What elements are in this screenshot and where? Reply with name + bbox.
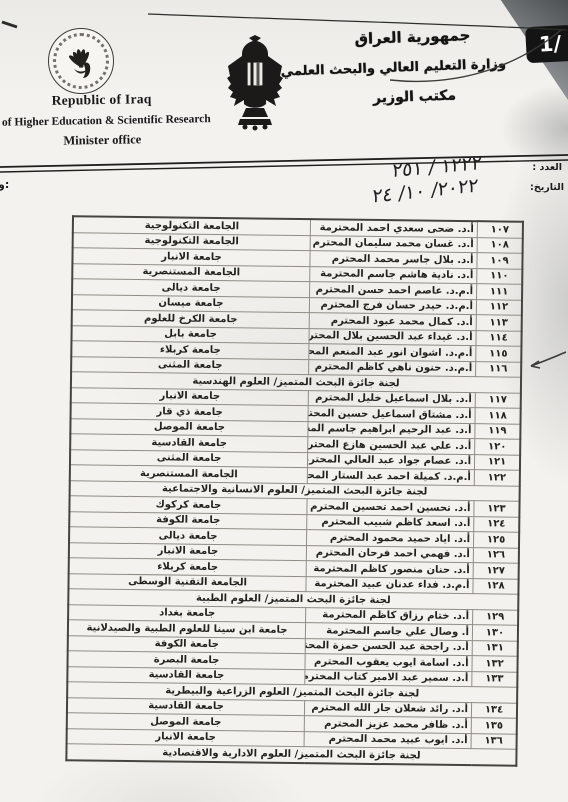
cell-number: ١٢٧ <box>473 563 519 579</box>
cell-number: ١١٨ <box>475 408 521 424</box>
edge-mark-icon <box>2 22 17 27</box>
country-name-ar: جمهورية العراق <box>320 25 506 49</box>
cell-number: ١٢٨ <box>473 578 519 594</box>
cell-number: ١١٠ <box>477 268 523 284</box>
cell-number: ١٣٢ <box>472 656 518 672</box>
english-header-block: Republic of Iraq y of Higher Education &… <box>0 90 212 150</box>
cell-number: ١٢٢ <box>474 470 520 486</box>
award-table-wrap: ١٠٧أ.د. ضحى سعدي احمد المحترمةالجامعة ال… <box>65 215 524 766</box>
header-rule-top <box>0 155 568 167</box>
cell-number: ١٣١ <box>472 640 518 656</box>
ref-date-label: التاريخ: <box>530 182 564 193</box>
seal-center-art <box>59 39 103 83</box>
left-margin-fragment: و: <box>0 178 9 191</box>
iraq-eagle-emblem-icon <box>222 32 288 140</box>
cell-number: ١٣٣ <box>472 671 518 687</box>
handdrawn-arrow-icon <box>531 352 566 368</box>
scanned-document-page: { "page": { "kind": "scanned official le… <box>0 0 568 802</box>
ref-date-handwritten: ٢٠٢٢/ ١٠/ ٢٤ <box>372 174 479 207</box>
cell-number: ١٠٧ <box>477 221 523 238</box>
cell-number: ١١٥ <box>476 346 522 362</box>
cell-number: ١١٩ <box>475 423 521 439</box>
cell-number: ١١٧ <box>475 392 521 408</box>
cell-number: ١٢٤ <box>474 516 520 532</box>
cell-number: ١٢٠ <box>475 439 521 455</box>
cell-number: ١٢٥ <box>473 532 519 548</box>
office-name-en: Minister office <box>0 131 212 150</box>
ministry-name-en: y of Higher Education & Scientific Resea… <box>0 113 212 129</box>
header-rule-bottom <box>0 160 568 172</box>
cell-number: ١٣٦ <box>471 733 517 749</box>
ministry-name-ar: وزارة التعليم العالي والبحث العلمي <box>321 57 506 78</box>
cell-number: ١٠٩ <box>477 253 523 269</box>
award-table: ١٠٧أ.د. ضحى سعدي احمد المحترمةالجامعة ال… <box>65 215 524 766</box>
cell-number: ١١٦ <box>476 361 522 377</box>
cell-number: ١٢٩ <box>473 609 519 625</box>
award-table-body: ١٠٧أ.د. ضحى سعدي احمد المحترمةالجامعة ال… <box>66 216 523 765</box>
ministry-seal-icon <box>48 28 114 94</box>
cell-number: ١٢٣ <box>474 501 520 517</box>
cell-number: ١١١ <box>477 284 523 300</box>
ref-number-label: العدد : <box>532 162 562 173</box>
cell-number: ١١٤ <box>476 330 522 346</box>
page-marker-badge: 1/ <box>525 25 568 63</box>
country-name-en: Republic of Iraq <box>0 90 212 110</box>
arabic-header-block: جمهورية العراق وزارة التعليم العالي والب… <box>320 25 508 108</box>
cell-number: ١٠٨ <box>477 237 523 253</box>
cell-number: ١٣٥ <box>471 718 517 734</box>
cell-number: ١١٢ <box>476 299 522 315</box>
cell-number: ١١٣ <box>476 315 522 331</box>
cell-number: ١٣٤ <box>471 702 517 718</box>
cell-number: ١٢٦ <box>473 547 519 563</box>
office-name-ar: مكتب الوزير <box>322 86 507 108</box>
cell-number: ١٣٠ <box>472 625 518 641</box>
cell-number: ١٢١ <box>474 454 520 470</box>
